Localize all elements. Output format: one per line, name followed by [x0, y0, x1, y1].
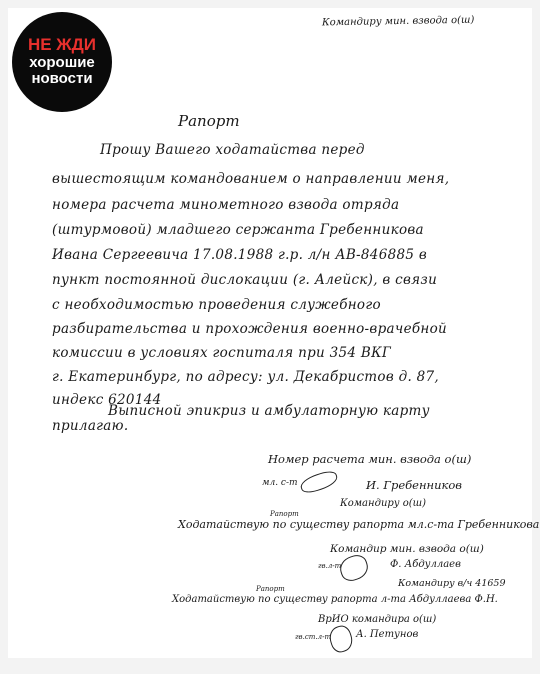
- body-line: комиссии в условиях госпиталя при 354 ВК…: [52, 345, 391, 361]
- endorsement-1-note: Рапорт: [270, 510, 299, 518]
- body-line: вышестоящим командованием о направлении …: [52, 171, 449, 187]
- endorsement-2-position: ВрИО командира о(ш): [318, 614, 436, 625]
- signature-name: И. Гребенников: [366, 478, 462, 492]
- endorsement-1-rank: гв.л-т: [318, 562, 341, 570]
- news-logo-badge: НЕ ЖДИ хорошие новости: [12, 12, 112, 112]
- endorsement-1-addressee: Командиру о(ш): [340, 498, 426, 509]
- endorsement-2-note: Рапорт: [256, 585, 285, 593]
- document-title: Рапорт: [178, 112, 240, 130]
- signature-position: Номер расчета мин. взвода о(ш): [268, 452, 471, 466]
- body-line: номера расчета минометного взвода отряда: [52, 197, 399, 213]
- body-line: Прошу Вашего ходатайства перед: [100, 142, 365, 158]
- body-line: Ивана Сергеевича 17.08.1988 г.р. л/н АВ-…: [52, 247, 427, 263]
- endorsement-1-text: Ходатайствую по существу рапорта мл.с-та…: [178, 518, 540, 531]
- endorsement-1-position: Командир мин. взвода о(ш): [330, 543, 484, 555]
- endorsement-2-rank: гв.ст.л-т: [295, 633, 331, 641]
- endorsement-1-name: Ф. Абдуллаев: [390, 559, 461, 570]
- body-line: с необходимостью проведения служебного: [52, 297, 381, 313]
- endorsement-2-addressee: Командиру в/ч 41659: [398, 578, 506, 589]
- badge-line-3: новости: [31, 71, 92, 88]
- endorsement-2-name: А. Петунов: [356, 629, 418, 640]
- body-line: Выписной эпикриз и амбулаторную карту: [108, 403, 430, 419]
- body-line: г. Екатеринбург, по адресу: ул. Декабрис…: [52, 369, 439, 385]
- body-line: прилагаю.: [52, 418, 128, 434]
- badge-line-2: хорошие: [29, 55, 95, 72]
- body-line: (штурмовой) младшего сержанта Гребеннико…: [52, 222, 424, 238]
- body-line: пункт постоянной дислокации (г. Алейск),…: [52, 272, 437, 288]
- badge-line-1: НЕ ЖДИ: [28, 36, 96, 55]
- signature-rank: мл. с-т: [262, 478, 298, 488]
- endorsement-2-text: Ходатайствую по существу рапорта л-та Аб…: [172, 594, 498, 605]
- body-line: разбирательства и прохождения военно-вра…: [52, 321, 447, 337]
